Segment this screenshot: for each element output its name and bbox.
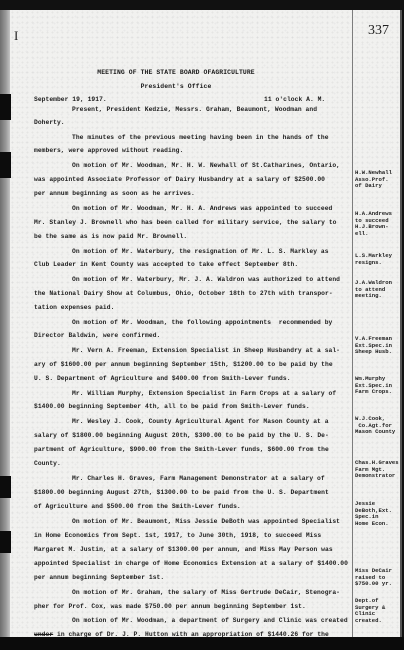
minutes-line-text: On motion of Mr. Beaumont, Miss Jessie D…: [72, 518, 340, 525]
minutes-line-text: tation expenses paid.: [34, 304, 114, 311]
minutes-line: $1800.00 beginning August 27th, $1300.00…: [34, 489, 329, 496]
minutes-line-text: Margaret M. Justin, at a salary of $1300…: [34, 546, 333, 553]
margin-note: Jessie DeBoth,Ext. Spec.in Home Econ.: [355, 501, 401, 527]
minutes-line: be the same as is now paid Mr. Brownell.: [34, 233, 187, 240]
minutes-line: Director Baldwin, were confirmed.: [34, 332, 160, 339]
minutes-line: Present, President Kedzie, Messrs. Graha…: [72, 106, 317, 113]
document-subtitle: President's Office: [0, 83, 352, 90]
minutes-line: County.: [34, 460, 61, 467]
minutes-line: per annum beginning as soon as he arrive…: [34, 190, 195, 197]
minutes-line-text: Mr. Vern A. Freeman, Extension Specialis…: [72, 347, 340, 354]
minutes-line: On motion of Mr. Graham, the salary of M…: [72, 589, 340, 596]
margin-rule: [352, 10, 353, 637]
minutes-line: ary of $1600.00 per annum beginning Sept…: [34, 361, 333, 368]
minutes-line: On motion of Mr. Woodman, a department o…: [72, 617, 348, 624]
minutes-line: the National Dairy Show at Columbus, Ohi…: [34, 290, 333, 297]
minutes-line-text: County.: [34, 460, 61, 467]
binding-tab: [0, 531, 11, 553]
minutes-line-text: $1400.00 beginning September 4th, all to…: [34, 403, 310, 410]
minutes-line-text: ary of $1600.00 per annum beginning Sept…: [34, 361, 333, 368]
minutes-line: On motion of Mr. Beaumont, Miss Jessie D…: [72, 518, 340, 525]
minutes-line: U. S. Department of Agriculture and $400…: [34, 375, 291, 382]
margin-note: Chas.H.Graves Farm Mgt. Demonstrator: [355, 460, 401, 480]
document-title: MEETING OF THE STATE BOARD OFAGRICULTURE: [0, 69, 352, 76]
margin-note: V.A.Freeman Ext.Spec.in Sheep Husb.: [355, 336, 401, 356]
margin-note: W.J.Cook, Co.Agt.for Mason County: [355, 416, 401, 436]
minutes-line-text: On motion of Mr. Woodman, the following …: [72, 319, 332, 326]
binding-tab: [0, 94, 11, 120]
minutes-line: Mr. Charles H. Graves, Farm Management D…: [72, 475, 325, 482]
minutes-line: tation expenses paid.: [34, 304, 114, 311]
binding-tab: [0, 476, 11, 498]
minutes-line-text: Club Leader in Kent County was accepted …: [34, 261, 298, 268]
minutes-line: Club Leader in Kent County was accepted …: [34, 261, 298, 268]
minutes-line-text: be the same as is now paid Mr. Brownell.: [34, 233, 187, 240]
minutes-line: On motion of Mr. Woodman, Mr. H. A. Andr…: [72, 205, 332, 212]
scan-bottom-border: [0, 637, 404, 650]
minutes-line-text: per annum beginning September 1st.: [34, 574, 164, 581]
minutes-line-text: Director Baldwin, were confirmed.: [34, 332, 160, 339]
document-page: I 337 MEETING OF THE STATE BOARD OFAGRIC…: [0, 10, 402, 637]
margin-note: J.A.Waldron to attend meeting.: [355, 280, 401, 300]
minutes-line-text: Mr. William Murphy, Extension Specialist…: [72, 390, 336, 397]
minutes-line: in Home Economics from Sept. 1st, 1917, …: [34, 532, 321, 539]
page-number: 337: [368, 23, 389, 39]
minutes-line-text: The minutes of the previous meeting havi…: [72, 134, 329, 141]
minutes-line-text: Present, President Kedzie, Messrs. Graha…: [72, 106, 317, 113]
minutes-line-text: pher for Prof. Cox, was made $750.00 per…: [34, 603, 306, 610]
top-left-mark: I: [14, 28, 18, 44]
meeting-time: 11 o'clock A. M.: [264, 96, 325, 103]
minutes-line-text: $1800.00 beginning August 27th, $1300.00…: [34, 489, 329, 496]
minutes-line: was appointed Associate Professor of Dai…: [34, 176, 325, 183]
minutes-line-text: On motion of Mr. Waterbury, the resignat…: [72, 248, 329, 255]
margin-note: H.W.Newhall Asso.Prof. of Dairy: [355, 170, 401, 190]
minutes-line: of Agriculture and $500.00 from the Smit…: [34, 503, 241, 510]
minutes-line-text: the National Dairy Show at Columbus, Ohi…: [34, 290, 333, 297]
binding-tab: [0, 152, 11, 178]
minutes-line: salary of $1800.00 beginning August 20th…: [34, 432, 329, 439]
minutes-line-text: partment of Agriculture, $900.00 from th…: [34, 446, 329, 453]
meeting-date: September 19, 1917.: [34, 96, 107, 103]
minutes-line-text: was appointed Associate Professor of Dai…: [34, 176, 325, 183]
minutes-line: appointed Specialist in charge of Home E…: [34, 560, 348, 567]
minutes-line-text: appointed Specialist in charge of Home E…: [34, 560, 348, 567]
minutes-line: Mr. Stanley J. Brownell who has been cal…: [34, 219, 336, 226]
minutes-line-text: On motion of Mr. Woodman, Mr. H. A. Andr…: [72, 205, 332, 212]
minutes-line-text: of Agriculture and $500.00 from the Smit…: [34, 503, 241, 510]
minutes-line: Margaret M. Justin, at a salary of $1300…: [34, 546, 333, 553]
minutes-line-text: U. S. Department of Agriculture and $400…: [34, 375, 291, 382]
minutes-line-text: per annum beginning as soon as he arrive…: [34, 190, 195, 197]
margin-note: L.S.Markley resigns.: [355, 253, 401, 266]
minutes-line: members, were approved without reading.: [34, 147, 183, 154]
minutes-line: Mr. Wesley J. Cook, County Agricultural …: [72, 418, 329, 425]
margin-note: Dept.of Surgery & Clinic created.: [355, 598, 401, 624]
minutes-line: Mr. William Murphy, Extension Specialist…: [72, 390, 336, 397]
minutes-line-text: salary of $1800.00 beginning August 20th…: [34, 432, 329, 439]
minutes-line: The minutes of the previous meeting havi…: [72, 134, 329, 141]
minutes-line: per annum beginning September 1st.: [34, 574, 164, 581]
minutes-line-text: in Home Economics from Sept. 1st, 1917, …: [34, 532, 321, 539]
minutes-line-text: On motion of Mr. Graham, the salary of M…: [72, 589, 340, 596]
minutes-line-text: On motion of Mr. Waterbury, Mr. J. A. Wa…: [72, 276, 340, 283]
minutes-line: On motion of Mr. Waterbury, the resignat…: [72, 248, 329, 255]
minutes-line: partment of Agriculture, $900.00 from th…: [34, 446, 329, 453]
minutes-line: Doherty.: [34, 119, 65, 126]
minutes-line-text: On motion of Mr. Woodman, a department o…: [72, 617, 348, 624]
margin-note: Wm.Murphy Ext.Spec.in Farm Crops.: [355, 376, 401, 396]
minutes-line-text: members, were approved without reading.: [34, 147, 183, 154]
minutes-line: Mr. Vern A. Freeman, Extension Specialis…: [72, 347, 340, 354]
minutes-line: On motion of Mr. Woodman, the following …: [72, 319, 332, 326]
right-edge-rule: [400, 10, 402, 637]
minutes-line: On motion of Mr. Waterbury, Mr. J. A. Wa…: [72, 276, 340, 283]
minutes-line-text: Mr. Charles H. Graves, Farm Management D…: [72, 475, 325, 482]
minutes-line-text: Doherty.: [34, 119, 65, 126]
minutes-line: pher for Prof. Cox, was made $750.00 per…: [34, 603, 306, 610]
margin-note: Miss DeCair raised to $750.00 yr.: [355, 568, 401, 588]
margin-note: H.A.Andrews to succeed H.J.Brown- ell.: [355, 211, 401, 237]
minutes-line: On motion of Mr. Woodman, Mr. H. W. Newh…: [72, 162, 340, 169]
minutes-line: $1400.00 beginning September 4th, all to…: [34, 403, 310, 410]
minutes-line-text: On motion of Mr. Woodman, Mr. H. W. Newh…: [72, 162, 340, 169]
minutes-line-text: Mr. Wesley J. Cook, County Agricultural …: [72, 418, 329, 425]
minutes-line-text: Mr. Stanley J. Brownell who has been cal…: [34, 219, 336, 226]
